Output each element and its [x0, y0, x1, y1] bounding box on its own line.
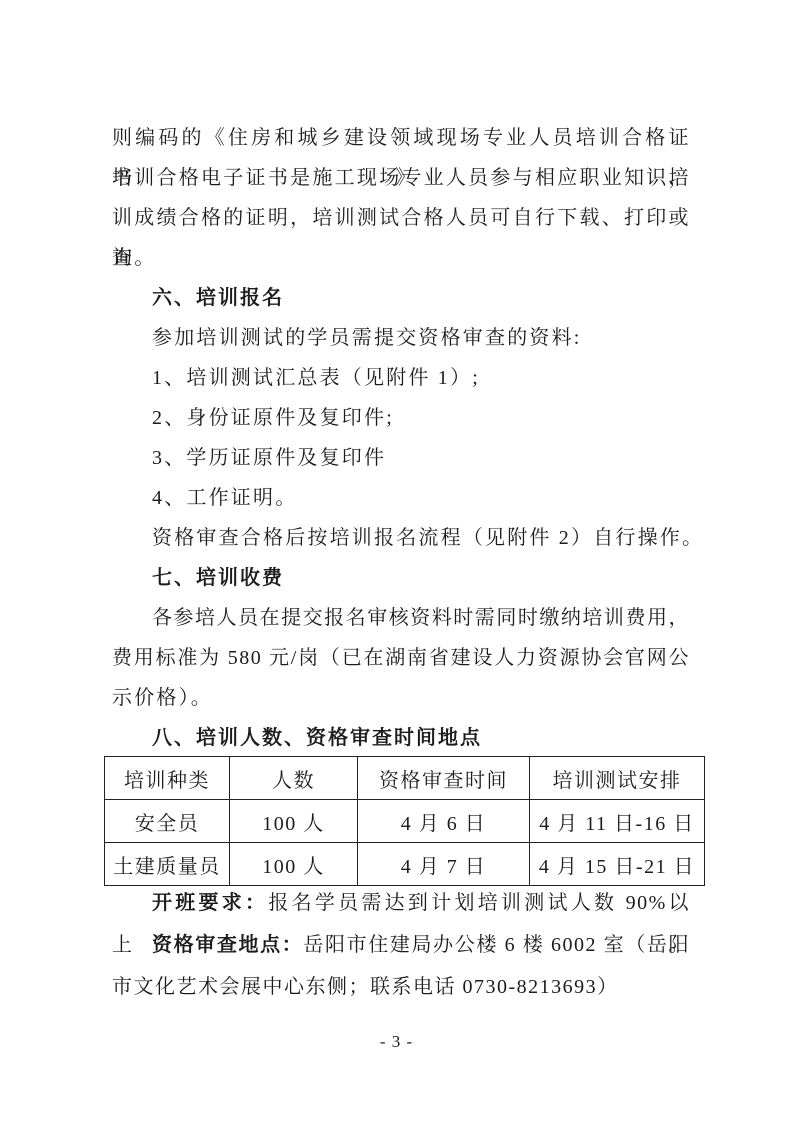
table-cell: 100 人: [230, 843, 358, 886]
body-line: 费用标准为 580 元/岗（已在湖南省建设人力资源协会官网公: [112, 638, 690, 678]
notes-block: 开班要求：报名学员需达到计划培训测试人数 90%以上。 资格审查地点：岳阳市住建…: [112, 882, 690, 1008]
table-header-cell: 培训测试安排: [530, 757, 705, 800]
page-number: - 3 -: [0, 1032, 793, 1052]
table-cell: 4 月 6 日: [358, 800, 530, 843]
document-body: 则编码的《住房和城乡建设领域现场专业人员培训合格证书》， 培训合格电子证书是施工…: [112, 118, 690, 758]
table-cell: 100 人: [230, 800, 358, 843]
table-cell: 4 月 15 日-21 日: [530, 843, 705, 886]
body-line: 参加培训测试的学员需提交资格审查的资料:: [112, 318, 690, 358]
table-cell: 4 月 7 日: [358, 843, 530, 886]
table-cell: 4 月 11 日-16 日: [530, 800, 705, 843]
body-line: 则编码的《住房和城乡建设领域现场专业人员培训合格证书》，: [112, 118, 690, 158]
body-line: 训成绩合格的证明，培训测试合格人员可自行下载、打印或查: [112, 198, 690, 238]
class-requirement-line: 开班要求：报名学员需达到计划培训测试人数 90%以上。: [112, 882, 690, 924]
body-line: 询。: [112, 238, 690, 278]
note-label: 资格审查地点：: [152, 934, 303, 956]
section-heading-schedule: 八、培训人数、资格审查时间地点: [112, 718, 690, 758]
table-cell: 土建质量员: [105, 843, 230, 886]
table-header-cell: 培训种类: [105, 757, 230, 800]
list-item: 1、培训测试汇总表（见附件 1）;: [112, 358, 690, 398]
body-line: 培训合格电子证书是施工现场专业人员参与相应职业知识培: [112, 158, 690, 198]
body-line: 资格审查合格后按培训报名流程（见附件 2）自行操作。: [112, 518, 690, 558]
table-row: 土建质量员 100 人 4 月 7 日 4 月 15 日-21 日: [105, 843, 705, 886]
body-line: 示价格）。: [112, 678, 690, 718]
section-heading-training-fee: 七、培训收费: [112, 558, 690, 598]
section-heading-training-registration: 六、培训报名: [112, 278, 690, 318]
list-item: 4、工作证明。: [112, 478, 690, 518]
review-location-line: 资格审查地点：岳阳市住建局办公楼 6 楼 6002 室（岳阳: [112, 924, 690, 966]
table-row: 安全员 100 人 4 月 6 日 4 月 11 日-16 日: [105, 800, 705, 843]
body-line: 各参培人员在提交报名审核资料时需同时缴纳培训费用，: [112, 598, 690, 638]
table-header-cell: 资格审查时间: [358, 757, 530, 800]
review-location-continuation: 市文化艺术会展中心东侧；联系电话 0730-8213693）: [112, 966, 690, 1008]
note-label: 开班要求：: [152, 892, 268, 914]
table-header-cell: 人数: [230, 757, 358, 800]
list-item: 2、身份证原件及复印件;: [112, 398, 690, 438]
list-item: 3、学历证原件及复印件: [112, 438, 690, 478]
document-page: 则编码的《住房和城乡建设领域现场专业人员培训合格证书》， 培训合格电子证书是施工…: [0, 0, 793, 1122]
table-header-row: 培训种类 人数 资格审查时间 培训测试安排: [105, 757, 705, 800]
training-schedule-table: 培训种类 人数 资格审查时间 培训测试安排 安全员 100 人 4 月 6 日 …: [104, 756, 705, 886]
table-cell: 安全员: [105, 800, 230, 843]
note-text: 岳阳市住建局办公楼 6 楼 6002 室（岳阳: [303, 934, 690, 956]
